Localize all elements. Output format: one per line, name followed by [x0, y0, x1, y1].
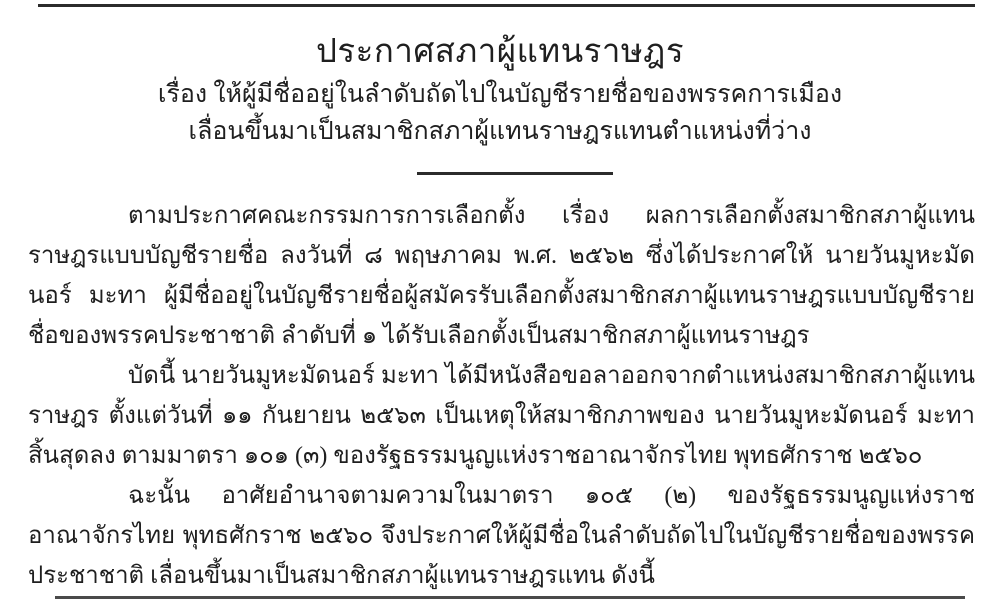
title-divider-line [417, 172, 613, 175]
paragraph-resignation: บัดนี้ นายวันมูหะมัดนอร์ มะทา ได้มีหนังส… [28, 356, 975, 476]
body-text-block: ตามประกาศคณะกรรมการการเลือกตั้ง เรื่อง ผ… [28, 196, 975, 596]
document-title: ประกาศสภาผู้แทนราษฎร [0, 28, 1000, 76]
subject-line-1: เรื่อง ให้ผู้มีชื่ออยู่ในลำดับถัดไปในบัญ… [0, 76, 1000, 113]
paragraph-election-announcement: ตามประกาศคณะกรรมการการเลือกตั้ง เรื่อง ผ… [28, 196, 975, 356]
document-page: ประกาศสภาผู้แทนราษฎร เรื่อง ให้ผู้มีชื่อ… [0, 0, 1000, 600]
paragraph-replacement-declaration: ฉะนั้น อาศัยอำนาจตามความในมาตรา ๑๐๕ (๒) … [28, 476, 975, 596]
title-block: ประกาศสภาผู้แทนราษฎร เรื่อง ให้ผู้มีชื่อ… [0, 28, 1000, 150]
subject-line-2: เลื่อนขึ้นมาเป็นสมาชิกสภาผู้แทนราษฎรแทนต… [0, 113, 1000, 150]
table-top-border-line [55, 596, 965, 599]
top-border-line [38, 4, 975, 7]
